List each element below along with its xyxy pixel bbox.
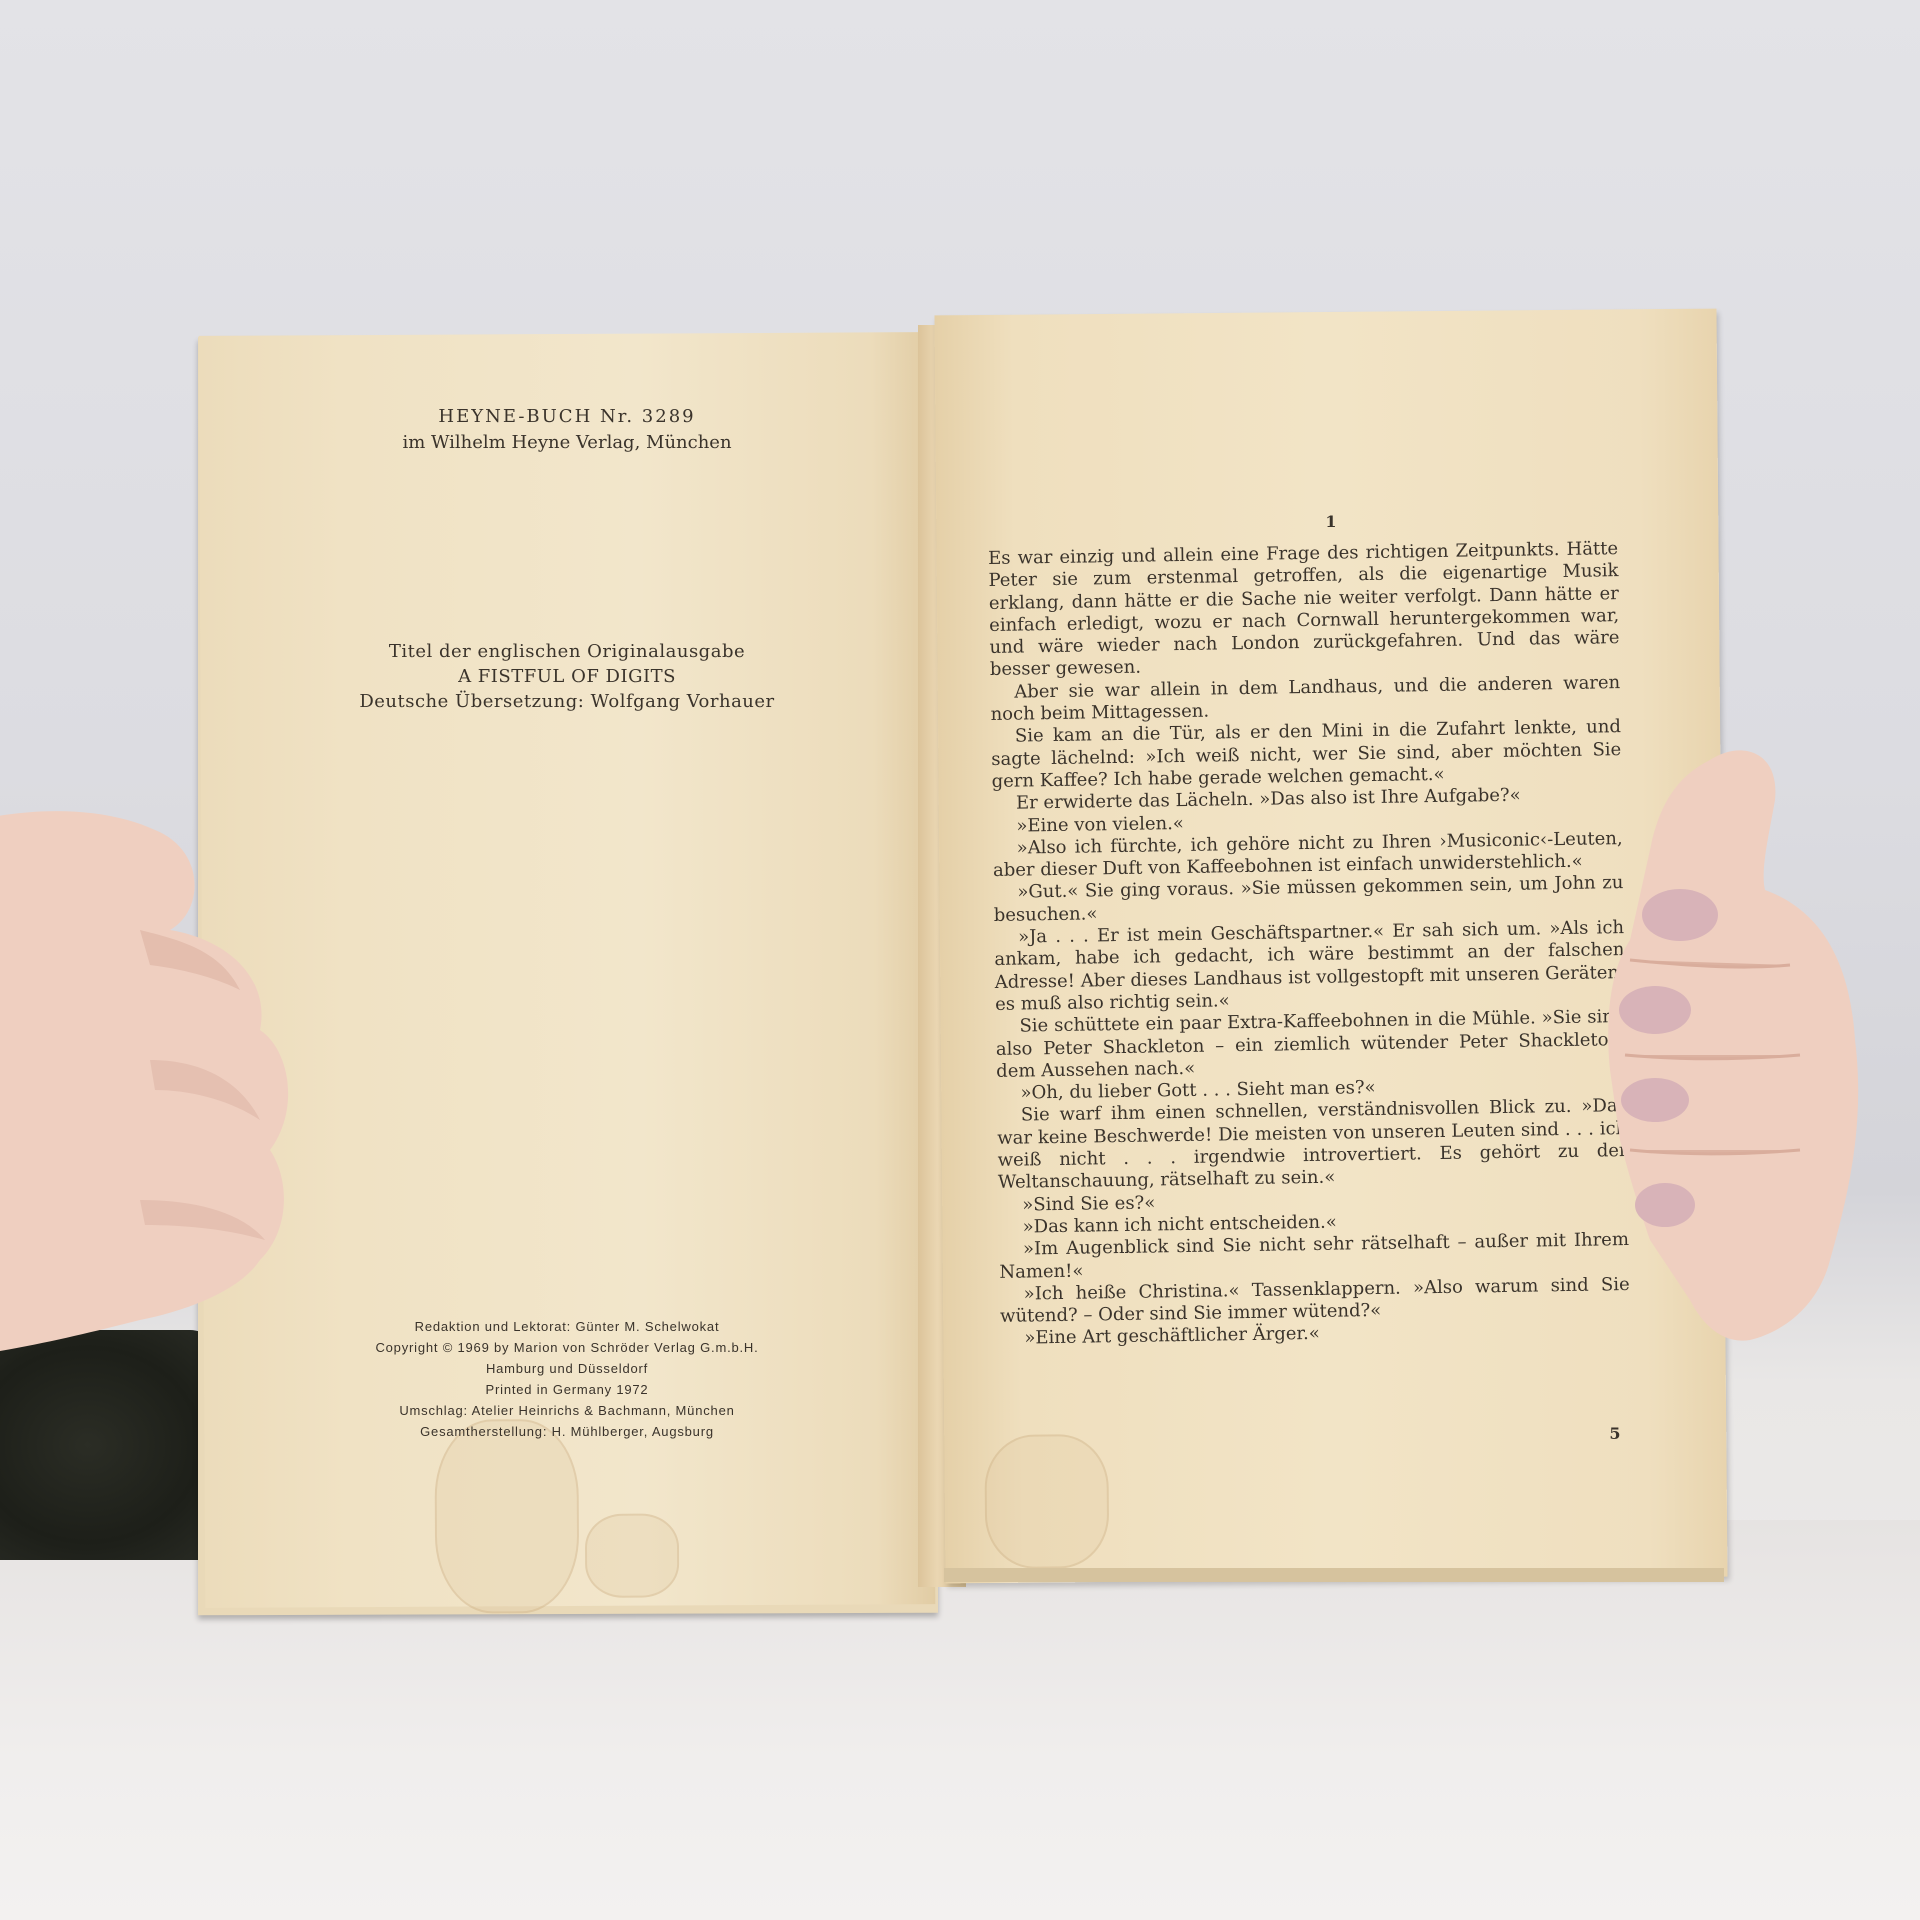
paragraph: Sie schüttete ein paar Extra-Kaffeebohne… [995, 1006, 1626, 1083]
water-stain [585, 1513, 679, 1597]
credit-line: Umschlag: Atelier Heinrichs & Bachmann, … [202, 1400, 932, 1421]
publisher-name: im Wilhelm Heyne Verlag, München [202, 430, 932, 456]
original-title: A FISTFUL OF DIGITS [202, 664, 932, 689]
translator: Deutsche Übersetzung: Wolfgang Vorhauer [202, 689, 932, 714]
paragraph: »Ja . . . Er ist mein Geschäftspartner.«… [994, 917, 1625, 1016]
credit-line: Gesamtherstellung: H. Mühlberger, Augsbu… [202, 1421, 932, 1442]
water-stain [434, 1419, 579, 1614]
series-number: HEYNE-BUCH Nr. 3289 [202, 404, 932, 430]
water-stain [984, 1434, 1109, 1569]
right-hand [1590, 740, 1920, 1360]
paragraph: Sie warf ihm einen schnellen, verständni… [997, 1095, 1628, 1194]
chapter-body-text: Es war einzig und allein eine Frage des … [988, 538, 1631, 1350]
original-title-block: Titel der englischen Originalausgabe A F… [202, 639, 932, 714]
publisher-header: HEYNE-BUCH Nr. 3289 im Wilhelm Heyne Ver… [202, 404, 932, 456]
fingernail [1621, 1078, 1689, 1122]
fingernail [1635, 1183, 1695, 1227]
page-number: 5 [1600, 1424, 1630, 1443]
page-stack-edge [944, 1568, 1724, 1582]
fingernail [1619, 986, 1691, 1034]
fingernail [1642, 889, 1718, 941]
original-title-label: Titel der englischen Originalausgabe [202, 639, 932, 664]
paragraph: Sie kam an die Tür, als er den Mini in d… [991, 716, 1622, 793]
chapter-number: 1 [940, 512, 1722, 531]
left-hand [0, 790, 360, 1390]
paragraph: Es war einzig und allein eine Frage des … [988, 538, 1620, 682]
